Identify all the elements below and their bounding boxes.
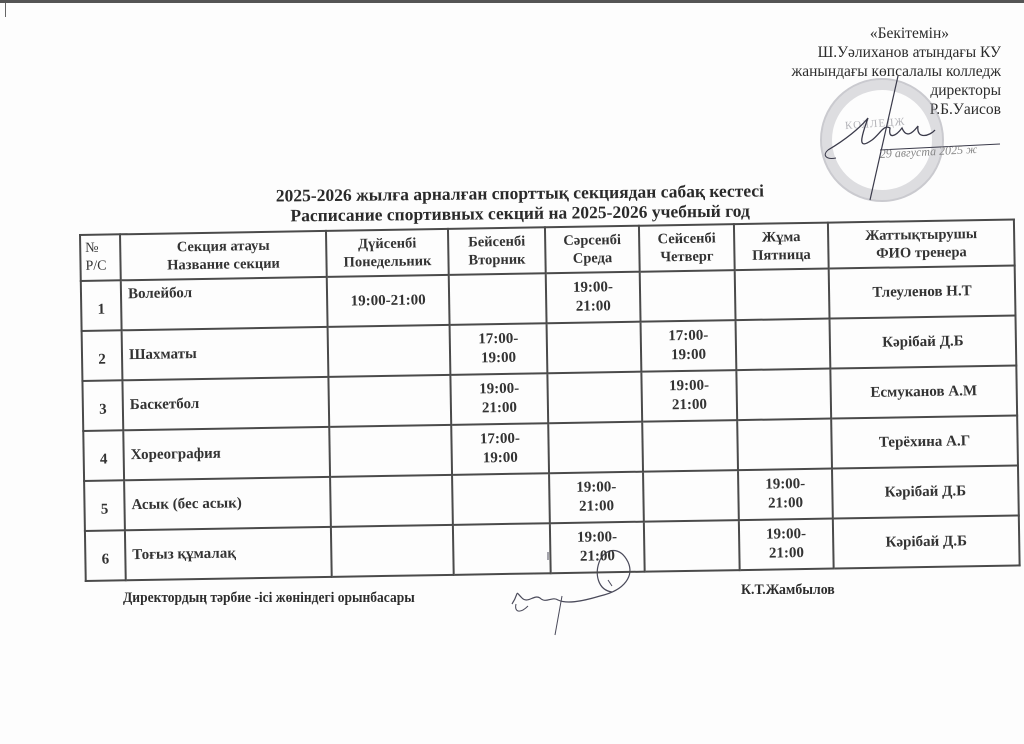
approval-heading: «Бекітемін»: [701, 24, 1001, 43]
friday-cell: 19:00-21:00: [739, 519, 834, 571]
coach-name: Тлеуленов Н.Т: [829, 265, 1016, 318]
header-monday: ДүйсенбіПонедельник: [326, 229, 449, 277]
thursday-cell: 19:00-21:00: [641, 370, 737, 422]
thursday-cell: [644, 520, 740, 572]
tuesday-cell: 17:00-19:00: [450, 323, 548, 375]
monday-cell: [330, 475, 453, 527]
handwritten-date: 29 августа 2025 ж: [879, 142, 977, 161]
friday-cell: [736, 319, 831, 371]
section-name: Тоғыз құмалақ: [125, 527, 332, 580]
friday-cell: 19:00-21:00: [738, 469, 833, 521]
approval-line-2: жанындағы көпсалалы колледж: [701, 62, 1001, 81]
approval-block: «Бекітемін» Ш.Уәлиханов атындағы КУ жаны…: [701, 24, 1001, 119]
coach-name: Кәрібай Д.Б: [830, 315, 1017, 368]
thursday-cell: 17:00-19:00: [641, 320, 737, 372]
row-number: 2: [82, 330, 123, 381]
header-num: №Р/С: [80, 234, 121, 281]
row-number: 1: [81, 280, 122, 331]
monday-cell: [328, 325, 451, 377]
section-name: Хореография: [123, 427, 330, 480]
friday-cell: [737, 419, 832, 471]
tuesday-cell: 19:00-21:00: [450, 373, 548, 425]
tuesday-cell: [449, 273, 547, 325]
thursday-cell: [643, 470, 739, 522]
monday-cell: [329, 425, 452, 477]
tuesday-cell: [452, 473, 550, 525]
scan-edge-left: [5, 3, 6, 17]
section-name: Асык (бес асык): [124, 477, 331, 530]
wednesday-cell: [547, 372, 642, 424]
section-name: Волейбол: [121, 277, 328, 330]
approval-line-3: директоры: [701, 81, 1001, 100]
row-number: 6: [85, 530, 126, 581]
header-section: Секция атауыНазвание секции: [120, 231, 327, 280]
deputy-title: Директордың тәрбие -ісі жөніндегі орынба…: [123, 590, 415, 607]
tuesday-cell: 17:00-19:00: [451, 423, 549, 475]
wednesday-cell: 19:00-21:00: [546, 272, 641, 324]
section-name: Шахматы: [122, 327, 329, 380]
header-thursday: СейсенбіЧетверг: [639, 224, 735, 272]
document-title: 2025-2026 жылға арналған спорттық секция…: [200, 180, 840, 227]
deputy-name: К.Т.Жамбылов: [741, 582, 835, 599]
thursday-cell: [642, 420, 738, 472]
schedule-table-container: №Р/С Секция атауыНазвание секции Дүйсенб…: [79, 218, 1021, 581]
thursday-cell: [640, 270, 736, 322]
wednesday-cell: 19:00-21:00: [550, 522, 645, 574]
scan-edge-top: [0, 0, 1024, 3]
wednesday-cell: [547, 322, 642, 374]
tuesday-cell: [453, 523, 551, 575]
header-wednesday: СәрсенбіСреда: [545, 226, 640, 274]
row-number: 4: [83, 430, 124, 481]
header-tuesday: БейсенбіВторник: [448, 227, 546, 275]
header-friday: ЖұмаПятница: [734, 223, 829, 271]
wednesday-cell: 19:00-21:00: [549, 472, 644, 524]
header-coach: ЖаттықтырушыФИО тренера: [828, 219, 1015, 268]
friday-cell: [735, 269, 830, 321]
coach-name: Кәрібай Д.Б: [833, 515, 1020, 568]
coach-name: Кәрібай Д.Б: [832, 465, 1019, 518]
friday-cell: [736, 369, 831, 421]
schedule-table: №Р/С Секция атауыНазвание секции Дүйсенб…: [79, 218, 1021, 581]
approval-line-1: Ш.Уәлиханов атындағы КУ: [701, 43, 1001, 62]
monday-cell: [328, 375, 451, 427]
row-number: 5: [84, 480, 125, 531]
row-number: 3: [82, 380, 123, 431]
monday-cell: [331, 525, 454, 577]
wednesday-cell: [548, 422, 643, 474]
coach-name: Есмуканов А.М: [830, 365, 1017, 418]
coach-name: Терёхина А.Г: [831, 415, 1018, 468]
monday-cell: 19:00-21:00: [327, 275, 450, 327]
approval-line-4: Р.Б.Уаисов: [701, 100, 1001, 119]
section-name: Баскетбол: [122, 377, 329, 430]
